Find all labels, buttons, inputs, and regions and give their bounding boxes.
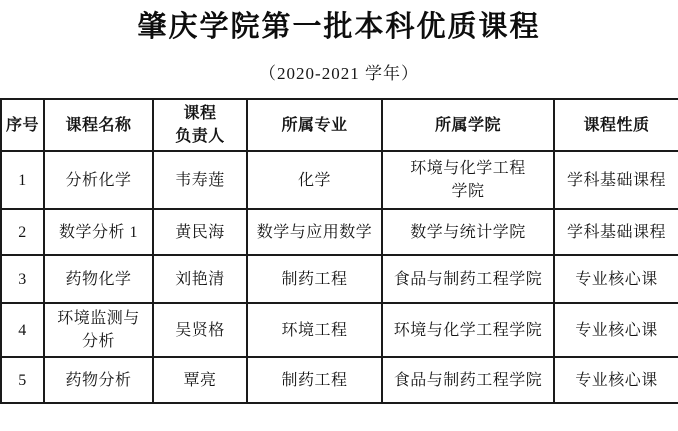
table-cell-leader: 覃亮 [153,357,247,403]
table-cell-major: 数学与应用数学 [247,209,382,255]
table-header-cell: 所属学院 [382,99,554,151]
table-body: 1分析化学韦寿莲化学环境与化学工程 学院学科基础课程2数学分析 1黄民海数学与应… [1,151,678,403]
table-header-cell: 课程 负责人 [153,99,247,151]
table-row: 3药物化学刘艳清制药工程食品与制药工程学院专业核心课 [1,255,678,303]
table-cell-major: 制药工程 [247,357,382,403]
table-cell-nature: 学科基础课程 [554,151,678,209]
table-header-cell: 课程性质 [554,99,678,151]
table-cell-no: 1 [1,151,44,209]
table-cell-college: 环境与化学工程 学院 [382,151,554,209]
table-header-cell: 课程名称 [44,99,153,151]
table-row: 4环境监测与 分析吴贤格环境工程环境与化学工程学院专业核心课 [1,303,678,357]
table-header-cell: 序号 [1,99,44,151]
table-cell-college: 食品与制药工程学院 [382,255,554,303]
table-cell-no: 4 [1,303,44,357]
table-cell-leader: 吴贤格 [153,303,247,357]
table-cell-nature: 专业核心课 [554,357,678,403]
table-cell-leader: 韦寿莲 [153,151,247,209]
page-title: 肇庆学院第一批本科优质课程 [0,0,678,45]
table-row: 5药物分析覃亮制药工程食品与制药工程学院专业核心课 [1,357,678,403]
table-cell-nature: 专业核心课 [554,255,678,303]
table-cell-major: 化学 [247,151,382,209]
table-cell-course: 环境监测与 分析 [44,303,153,357]
table-cell-college: 环境与化学工程学院 [382,303,554,357]
table-cell-major: 环境工程 [247,303,382,357]
table-cell-nature: 学科基础课程 [554,209,678,255]
course-table: 序号课程名称课程 负责人所属专业所属学院课程性质 1分析化学韦寿莲化学环境与化学… [0,98,678,404]
table-row: 1分析化学韦寿莲化学环境与化学工程 学院学科基础课程 [1,151,678,209]
table-header-row: 序号课程名称课程 负责人所属专业所属学院课程性质 [1,99,678,151]
table-cell-course: 分析化学 [44,151,153,209]
table-cell-no: 5 [1,357,44,403]
table-cell-major: 制药工程 [247,255,382,303]
table-cell-course: 药物化学 [44,255,153,303]
table-row: 2数学分析 1黄民海数学与应用数学数学与统计学院学科基础课程 [1,209,678,255]
table-cell-course: 药物分析 [44,357,153,403]
table-cell-college: 数学与统计学院 [382,209,554,255]
table-cell-course: 数学分析 1 [44,209,153,255]
table-cell-leader: 黄民海 [153,209,247,255]
table-cell-no: 2 [1,209,44,255]
table-cell-no: 3 [1,255,44,303]
table-cell-leader: 刘艳清 [153,255,247,303]
page-subtitle: （2020-2021 学年） [0,45,678,84]
document-page: 肇庆学院第一批本科优质课程 （2020-2021 学年） 序号课程名称课程 负责… [0,0,678,431]
table-cell-college: 食品与制药工程学院 [382,357,554,403]
table-cell-nature: 专业核心课 [554,303,678,357]
table-header-cell: 所属专业 [247,99,382,151]
